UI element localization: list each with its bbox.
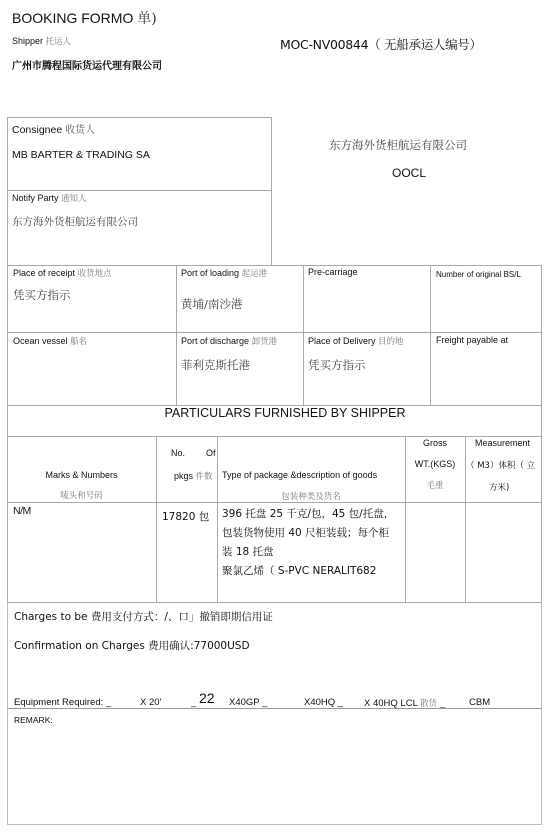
- ocean-vessel-label: Ocean vessel 船名: [13, 335, 87, 347]
- place-of-receipt-value: 凭买方指示: [13, 287, 71, 303]
- col-pkgs-header-3: pkgs 件数: [174, 470, 213, 482]
- shipper-label: Shipper 托运人: [12, 35, 71, 47]
- remark-field[interactable]: [14, 730, 534, 818]
- equipment-x40gp: X40GP _: [229, 697, 267, 708]
- col-pkgs-header-1: No.: [171, 448, 185, 458]
- remark-label: REMARK:: [14, 715, 53, 725]
- freight-payable-at-label: Freight payable at: [436, 335, 508, 345]
- equipment-required-label: Equipment Required: _: [14, 697, 111, 708]
- equipment-cbm: CBM: [469, 697, 490, 708]
- place-of-receipt-label: Place of receipt 收货地点: [13, 267, 112, 279]
- notify-party-value: 东方海外货柜航运有限公司: [12, 214, 138, 229]
- notify-party-label: Notify Party 通知人: [12, 192, 87, 204]
- row-marks: N/M: [13, 505, 31, 517]
- charges-to-be: Charges to be 费用支付方式：/、口」撤销即期信用证: [14, 609, 273, 624]
- col-gross-header-1: Gross: [405, 438, 465, 448]
- consignee-label: Consignee 收货人: [12, 121, 95, 136]
- form-title: BOOKING FORMO 单): [12, 8, 157, 28]
- consignee-value: MB BARTER & TRADING SA: [12, 149, 150, 161]
- place-of-delivery-value: 凭买方指示: [308, 357, 366, 373]
- col-pkgs-header-2: Of: [206, 448, 216, 458]
- col-gross-header-2: WT.(KGS): [405, 459, 465, 469]
- row-pkgs: 17820 包: [162, 509, 209, 524]
- confirmation-on-charges: Confirmation on Charges 费用确认:77000USD: [14, 638, 250, 653]
- carrier-name-cn: 东方海外货柜航运有限公司: [329, 137, 467, 153]
- col-description-header: Type of package &description of goods: [222, 470, 377, 480]
- particulars-title: PARTICULARS FURNISHED BY SHIPPER: [0, 406, 550, 420]
- col-marks-header-cn: 唛头和号码: [7, 489, 156, 501]
- equipment-qty-40gp: 22: [199, 690, 215, 706]
- pre-carriage-label: Pre-carriage: [308, 267, 358, 277]
- equipment-x40hq: X40HQ _: [304, 697, 343, 708]
- carrier-name: OOCL: [392, 166, 426, 180]
- nvocc-number: MOC-NV00844（ 无船承运人编号）: [280, 35, 482, 53]
- port-of-loading-value: 黄埔/南沙港: [181, 296, 242, 312]
- equipment-x20: X 20': [140, 697, 161, 708]
- port-of-discharge-value: 菲利克斯托港: [181, 357, 250, 373]
- col-marks-header: Marks & Numbers: [7, 470, 156, 480]
- row-description: 396 托盘 25 千克/包，45 包/托盘， 包装货物使用 40 尺柜装载；每…: [222, 505, 394, 581]
- port-of-discharge-label: Port of discharge 卸货港: [181, 335, 277, 347]
- equipment-blank-prefix: _: [191, 697, 196, 708]
- col-measurement-header-3: 方米): [489, 481, 509, 493]
- col-gross-header-cn: 毛重: [405, 479, 465, 491]
- col-measurement-header-1: Measurement: [475, 438, 530, 448]
- col-measurement-header-2: （ M3）体积（ 立: [466, 459, 535, 471]
- number-of-original-bl-label: Number of original BS/L: [436, 270, 521, 279]
- col-description-header-cn: 包装种类及货名: [217, 490, 405, 502]
- port-of-loading-label: Port of loading 起运港: [181, 267, 267, 279]
- shipper-name: 广州市腾程国际货运代理有限公司: [12, 57, 162, 72]
- place-of-delivery-label: Place of Delivery 目的地: [308, 335, 404, 347]
